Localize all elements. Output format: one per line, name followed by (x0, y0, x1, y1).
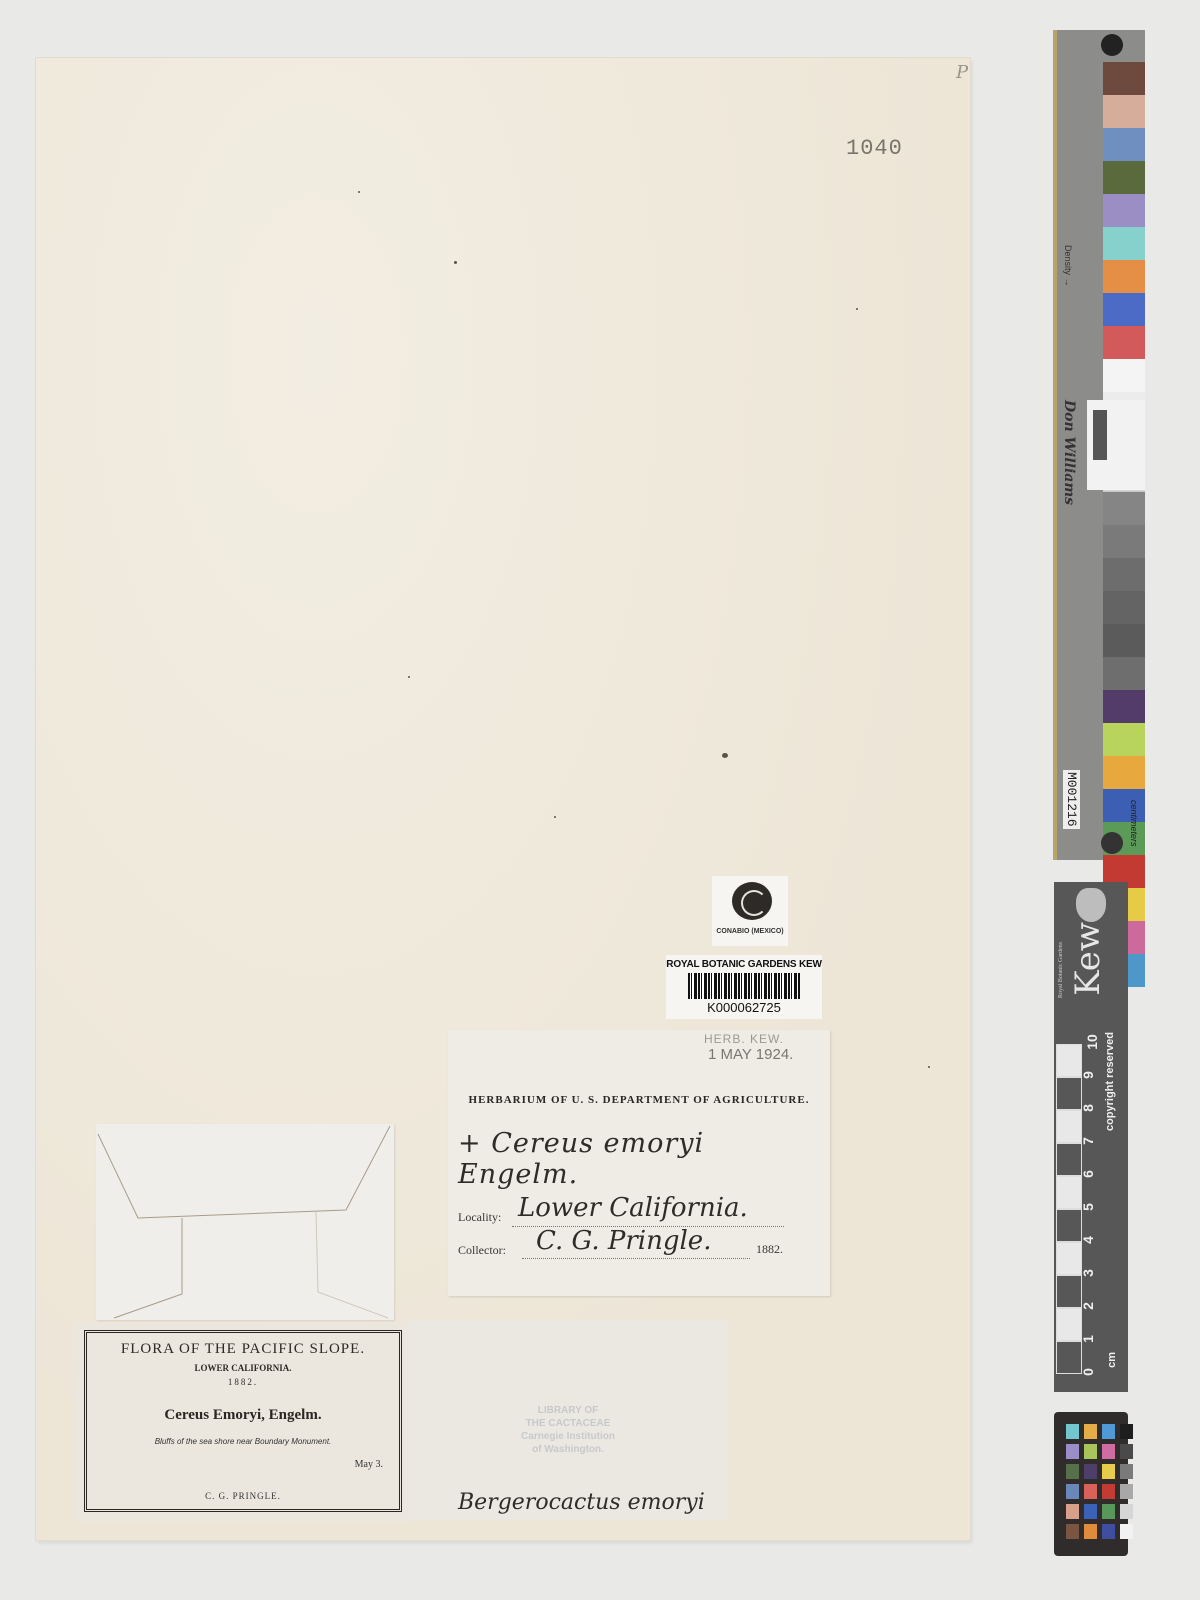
speck (454, 261, 457, 264)
ruler-segment (1056, 1143, 1082, 1176)
color-swatch (1102, 1464, 1115, 1479)
determination-slip: LIBRARY OF THE CACTACEAE Carnegie Instit… (408, 1320, 728, 1520)
color-swatch (1066, 1464, 1079, 1479)
collector-value: C. G. Pringle. (536, 1226, 711, 1256)
density-label: Density → (1063, 245, 1073, 287)
ruler-tick-label: 10 (1084, 1034, 1100, 1050)
cm-ruler: 012345678910 (1054, 1030, 1082, 1380)
color-swatch (1103, 161, 1145, 194)
ruler-tick-label: 7 (1080, 1137, 1096, 1145)
label-date: May 3. (355, 1459, 383, 1470)
stamp-line: Carnegie Institution (408, 1430, 728, 1443)
conabio-text: CONABIO (MEXICO) (712, 928, 788, 935)
specimen-envelope (96, 1124, 394, 1320)
conabio-logo-icon (732, 882, 772, 920)
speck (928, 1066, 930, 1068)
stamp-line: THE CACTACEAE (408, 1417, 728, 1430)
color-swatch (1120, 1484, 1133, 1499)
label-heading: HERBARIUM OF U. S. DEPARTMENT OF AGRICUL… (448, 1094, 830, 1106)
color-calibration-bar: inches Density → Don Williams M001216 ce… (1053, 30, 1145, 860)
speck (358, 191, 360, 193)
label-collector: C. G. PRINGLE. (87, 1491, 399, 1501)
ruler-segment (1056, 1275, 1082, 1308)
label-year: 1882. (87, 1377, 399, 1387)
pacific-slope-label: FLORA OF THE PACIFIC SLOPE. LOWER CALIFO… (74, 1322, 410, 1522)
color-swatch (1103, 756, 1145, 789)
pacific-label-frame: FLORA OF THE PACIFIC SLOPE. LOWER CALIFO… (84, 1330, 402, 1512)
color-swatch (1066, 1424, 1079, 1439)
color-swatch (1103, 525, 1145, 558)
corner-mark: P (956, 62, 968, 83)
color-swatch (1120, 1424, 1133, 1439)
locality-label: Locality: (458, 1210, 501, 1225)
barcode-icon (688, 973, 800, 999)
color-swatch (1102, 1484, 1115, 1499)
collector-dotted-line (522, 1258, 750, 1259)
kew-scale-bar: Kew Royal Botanic Gardens 012345678910 c… (1054, 882, 1128, 1392)
faded-library-stamp: LIBRARY OF THE CACTACEAE Carnegie Instit… (408, 1404, 728, 1456)
ruler-segment (1056, 1209, 1082, 1242)
ruler-segment (1056, 1044, 1082, 1077)
ruler-tick-label: 0 (1080, 1368, 1096, 1376)
locality-value: Lower California. (518, 1193, 748, 1223)
color-swatch (1084, 1444, 1097, 1459)
ruler-segment (1056, 1308, 1082, 1341)
colorbar-id: M001216 (1063, 770, 1080, 829)
speck (408, 676, 410, 678)
copyright-text: copyright reserved (1104, 1032, 1116, 1131)
determination-name: Bergerocactus emoryi (458, 1490, 705, 1515)
color-swatch (1103, 359, 1145, 392)
collector-label: Collector: (458, 1243, 506, 1258)
ruler-segment (1056, 1242, 1082, 1275)
color-swatch (1084, 1524, 1097, 1539)
label-title: FLORA OF THE PACIFIC SLOPE. (87, 1341, 399, 1358)
speck (722, 753, 728, 758)
envelope-flap-icon (96, 1124, 394, 1320)
ruler-segment (1056, 1077, 1082, 1110)
color-swatch (1120, 1524, 1133, 1539)
color-swatch (1103, 326, 1145, 359)
registration-dot-icon (1101, 832, 1123, 854)
color-swatch (1084, 1464, 1097, 1479)
label-taxon: Cereus Emoryi, Engelm. (87, 1407, 399, 1424)
color-swatch (1103, 260, 1145, 293)
color-swatch (1066, 1524, 1079, 1539)
color-swatch (1103, 95, 1145, 128)
ruler-segment (1056, 1176, 1082, 1209)
collection-year: 1882. (756, 1242, 783, 1257)
color-swatch (1084, 1484, 1097, 1499)
ruler-tick-label: 2 (1080, 1302, 1096, 1310)
sheet-number: 1040 (846, 136, 903, 161)
color-swatch (1103, 194, 1145, 227)
checker-grid (1066, 1424, 1133, 1539)
color-swatch (1103, 723, 1145, 756)
cm-label: cm (1106, 1352, 1118, 1368)
color-swatch (1066, 1484, 1079, 1499)
barcode-title: ROYAL BOTANIC GARDENS KEW (666, 959, 822, 970)
barcode-number: K000062725 (666, 1000, 822, 1015)
ruler-tick-label: 3 (1080, 1269, 1096, 1277)
royal-crest-icon (1076, 888, 1106, 922)
stamp-date: 1 MAY 1924. (708, 1046, 824, 1063)
ruler-segment (1056, 1110, 1082, 1143)
conabio-label: CONABIO (MEXICO) (712, 876, 788, 946)
stamp-line-1: HERB. KEW. (704, 1032, 824, 1046)
colorbar-brand: Don Williams (1061, 400, 1077, 505)
color-swatch (1103, 128, 1145, 161)
ruler-tick-label: 5 (1080, 1203, 1096, 1211)
kew-barcode-label: ROYAL BOTANIC GARDENS KEW K000062725 (666, 955, 822, 1019)
color-swatch (1120, 1464, 1133, 1479)
centimeters-label: centimeters (1129, 800, 1139, 847)
color-swatch (1103, 492, 1145, 525)
color-swatch (1102, 1524, 1115, 1539)
label-subtitle: LOWER CALIFORNIA. (87, 1363, 399, 1373)
ruler-tick-label: 8 (1080, 1104, 1096, 1112)
label-locality: Bluffs of the sea shore near Boundary Mo… (87, 1437, 399, 1446)
color-swatch (1103, 591, 1145, 624)
ruler-tick-label: 1 (1080, 1335, 1096, 1343)
ruler-segment (1056, 1341, 1082, 1374)
usda-herbarium-label: HERB. KEW. 1 MAY 1924. HERBARIUM OF U. S… (448, 1030, 830, 1296)
color-swatch (1120, 1444, 1133, 1459)
color-swatch (1103, 227, 1145, 260)
color-swatch (1066, 1504, 1079, 1519)
speck (856, 308, 858, 310)
color-swatch (1103, 624, 1145, 657)
color-swatch (1102, 1424, 1115, 1439)
ruler-tick-label: 4 (1080, 1236, 1096, 1244)
color-swatch (1103, 293, 1145, 326)
color-swatch (1103, 657, 1145, 690)
color-swatch (1102, 1504, 1115, 1519)
color-swatch (1103, 558, 1145, 591)
registration-dot-icon (1101, 34, 1123, 56)
kew-sublogo: Royal Botanic Gardens (1058, 942, 1064, 998)
color-swatch (1120, 1504, 1133, 1519)
color-swatch (1103, 690, 1145, 723)
taxon-handwritten: + Cereus emoryi Engelm. (458, 1128, 830, 1190)
ruler-tick-label: 9 (1080, 1071, 1096, 1079)
herb-kew-stamp: HERB. KEW. 1 MAY 1924. (704, 1032, 824, 1063)
color-swatch (1066, 1444, 1079, 1459)
ruler-tick-label: 6 (1080, 1170, 1096, 1178)
speck (554, 816, 556, 818)
color-swatch (1084, 1424, 1097, 1439)
stamp-line: LIBRARY OF (408, 1404, 728, 1417)
gray-target (1087, 400, 1145, 490)
color-swatch (1103, 62, 1145, 95)
stamp-line: of Washington. (408, 1443, 728, 1456)
color-swatch (1084, 1504, 1097, 1519)
kew-logo: Kew (1068, 922, 1108, 996)
color-swatch (1102, 1444, 1115, 1459)
color-checker (1054, 1412, 1128, 1556)
